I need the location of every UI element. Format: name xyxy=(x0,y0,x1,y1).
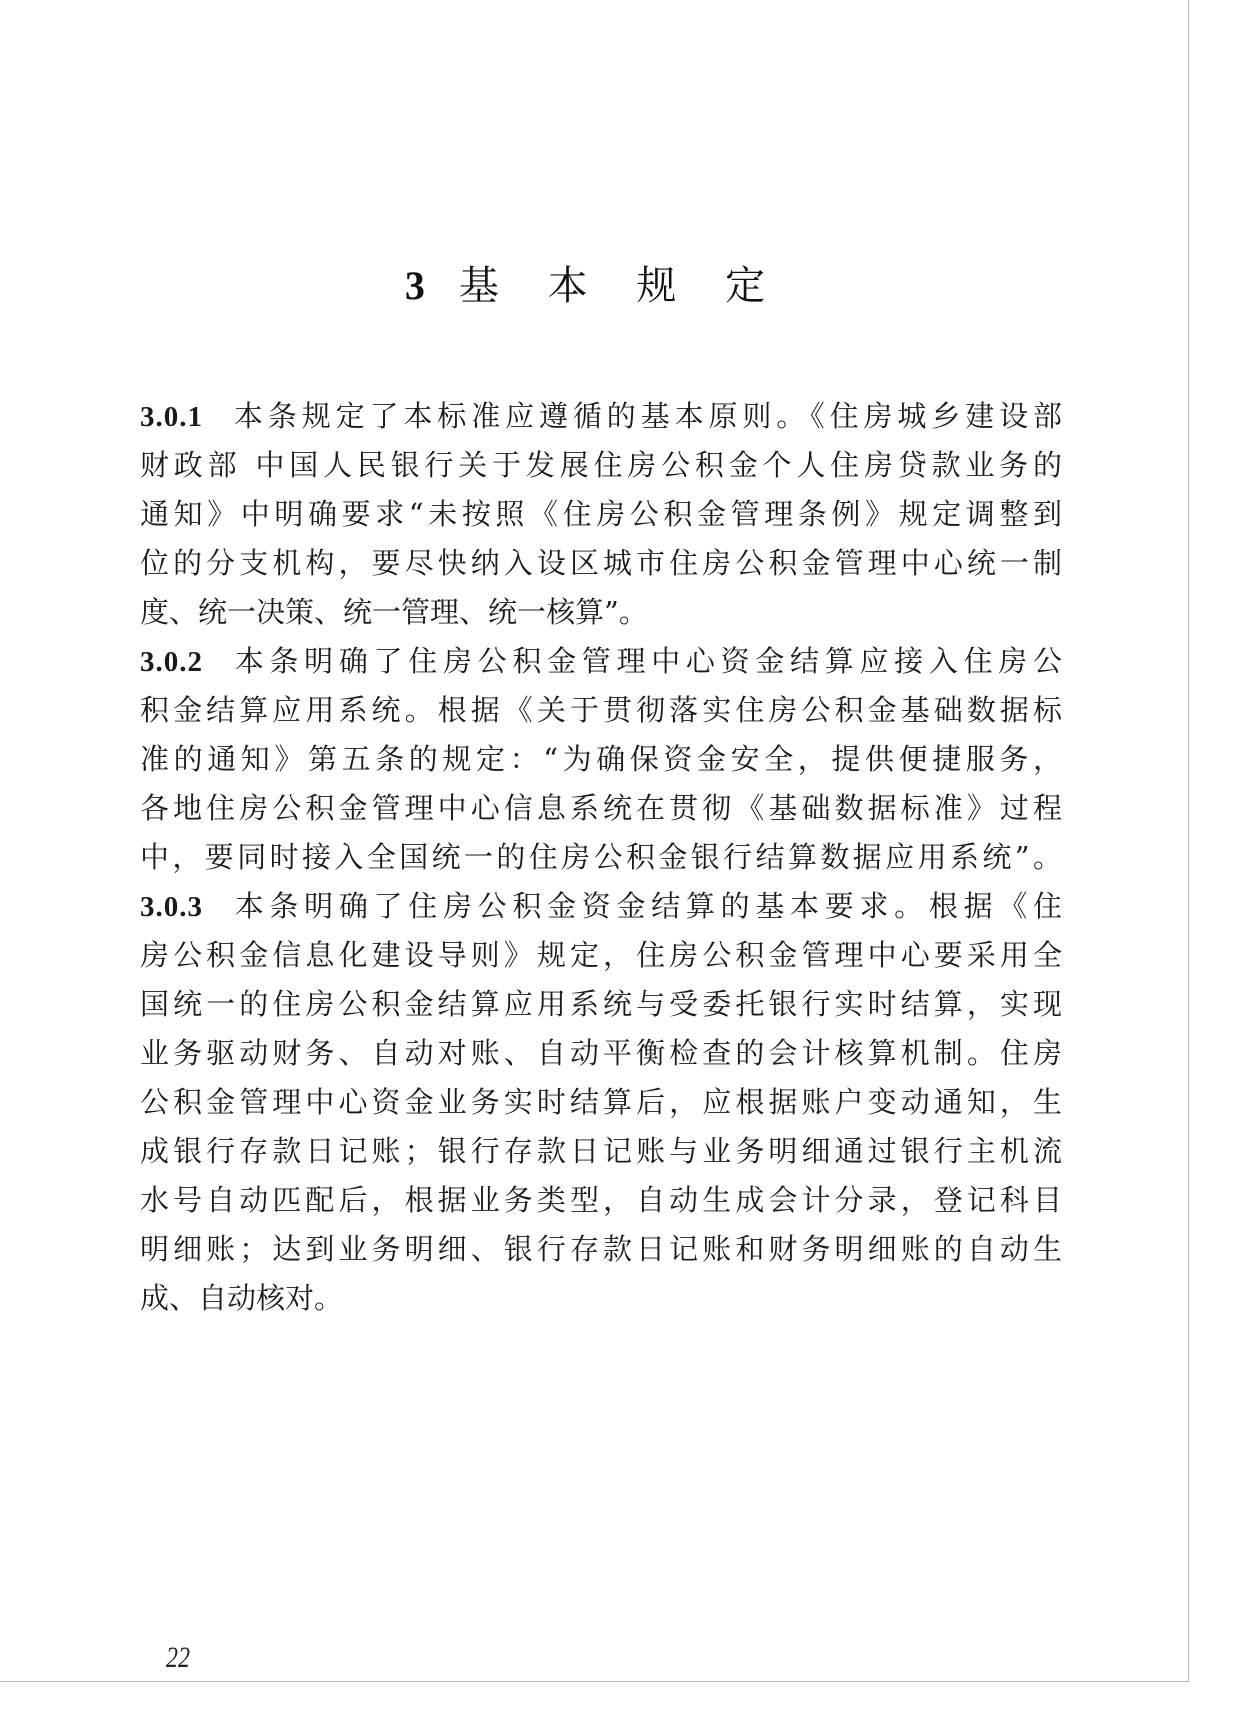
body-text: 3.0.1本条规定了本标准应遵循的基本原则。《住房城乡建设部 财政部 中国人民银… xyxy=(140,392,1062,1323)
paragraph-line: 业务驱动财务、自动对账、自动平衡检查的会计核算机制。住房 xyxy=(140,1029,1062,1078)
paragraph-line: 3.0.1本条规定了本标准应遵循的基本原则。《住房城乡建设部 xyxy=(140,392,1062,441)
clause-number: 3.0.2 xyxy=(140,646,203,678)
clause-text: 本条明确了住房公积金资金结算的基本要求。根据《住 xyxy=(229,889,1062,923)
paragraph-line: 财政部 中国人民银行关于发展住房公积金个人住房贷款业务的 xyxy=(140,441,1062,490)
paragraph-line: 成、自动核对。 xyxy=(140,1274,1062,1323)
chapter-number: 3 xyxy=(405,263,425,308)
paragraph-line: 准的通知》第五条的规定：“为确保资金安全，提供便捷服务， xyxy=(140,735,1062,784)
clause-text: 本条规定了本标准应遵循的基本原则。《住房城乡建设部 xyxy=(229,399,1062,433)
paragraph-line: 各地住房公积金管理中心信息系统在贯彻《基础数据标准》过程 xyxy=(140,784,1062,833)
paragraph-line: 通知》中明确要求“未按照《住房公积金管理条例》规定调整到 xyxy=(140,490,1062,539)
paragraph-line: 积金结算应用系统。根据《关于贯彻落实住房公积金基础数据标 xyxy=(140,686,1062,735)
paragraph-line: 公积金管理中心资金业务实时结算后，应根据账户变动通知，生 xyxy=(140,1078,1062,1127)
clause-number: 3.0.3 xyxy=(140,891,203,923)
paragraph-line: 中，要同时接入全国统一的住房公积金银行结算数据应用系统”。 xyxy=(140,833,1062,882)
document-page: 3基 本 规 定 3.0.1本条规定了本标准应遵循的基本原则。《住房城乡建设部 … xyxy=(0,0,1189,1682)
paragraph-line: 国统一的住房公积金结算应用系统与受委托银行实时结算，实现 xyxy=(140,980,1062,1029)
paragraph-line: 度、统一决策、统一管理、统一核算”。 xyxy=(140,588,1062,637)
chapter-heading: 3基 本 规 定 xyxy=(0,258,1188,314)
paragraph-line: 位的分支机构，要尽快纳入设区城市住房公积金管理中心统一制 xyxy=(140,539,1062,588)
clause-text: 本条明确了住房公积金管理中心资金结算应接入住房公 xyxy=(229,644,1062,678)
page-number: 22 xyxy=(166,1643,190,1673)
chapter-title: 基 本 规 定 xyxy=(459,263,783,309)
paragraph-line: 成银行存款日记账；银行存款日记账与业务明细通过银行主机流 xyxy=(140,1127,1062,1176)
paragraph-line: 3.0.2本条明确了住房公积金管理中心资金结算应接入住房公 xyxy=(140,637,1062,686)
paragraph-line: 水号自动匹配后，根据业务类型，自动生成会计分录，登记科目 xyxy=(140,1176,1062,1225)
paragraph-line: 房公积金信息化建设导则》规定，住房公积金管理中心要采用全 xyxy=(140,931,1062,980)
paragraph-line: 明细账；达到业务明细、银行存款日记账和财务明细账的自动生 xyxy=(140,1225,1062,1274)
clause-number: 3.0.1 xyxy=(140,401,203,433)
paragraph-line: 3.0.3本条明确了住房公积金资金结算的基本要求。根据《住 xyxy=(140,882,1062,931)
